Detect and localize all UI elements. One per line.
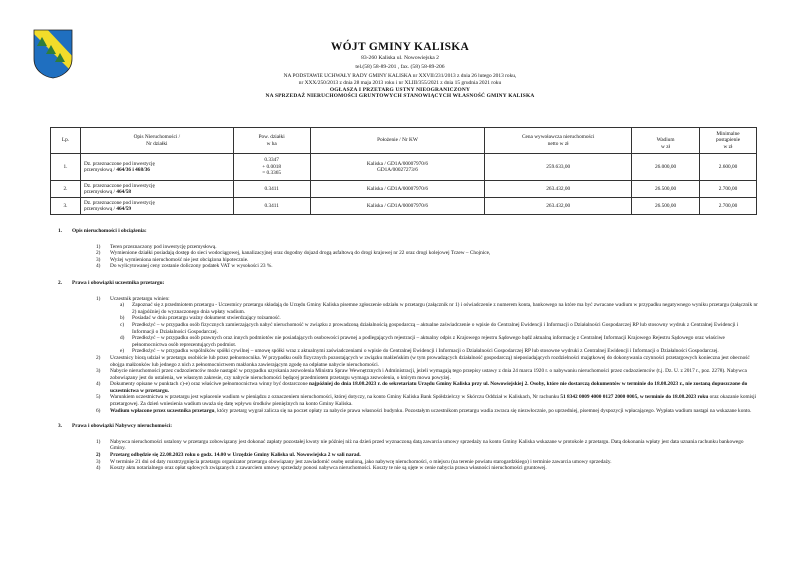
- item-text: Dokumenty opisane w punktach c)-e) oraz …: [110, 381, 309, 387]
- sub-item: d)Przedłożyć – w przypadku osób prawnych…: [120, 335, 758, 348]
- item-text: , który przetarg wygrał zalicza się na p…: [214, 408, 751, 414]
- desc-text: przemysłową /: [84, 189, 116, 195]
- header-text: w zł: [724, 144, 733, 150]
- item-text: Koszty aktu notarialnego oraz opłat sądo…: [110, 465, 547, 471]
- col-header-lp: Lp.: [51, 128, 81, 154]
- cell-lp: 1.: [51, 154, 81, 181]
- sub-item: a)Zapoznać się z przedmiotem przetargu -…: [120, 302, 758, 315]
- list-item: 1)Nabywca nieruchomości ustalony w przet…: [96, 439, 758, 452]
- cell-deposit: 26.500,00: [632, 181, 700, 198]
- header-text: postąpienie: [716, 137, 740, 143]
- item-number: 2): [96, 250, 100, 257]
- cell-description: Dz. przeznaczone pod inwestycjęprzemysło…: [80, 154, 233, 181]
- item-text: Nabycie nieruchomości przez cudzoziemców…: [110, 368, 747, 381]
- col-header-price: Cena wywoławcza nieruchomościnetto w zł: [485, 128, 632, 154]
- cell-location: Kaliska / GD1A/00007970/6: [310, 198, 485, 215]
- col-header-description: Opis Nieruchomości /Nr działki: [80, 128, 233, 154]
- section-number: 1.: [58, 228, 72, 235]
- table-row: 1. Dz. przeznaczone pod inwestycjęprzemy…: [51, 154, 757, 181]
- list-item: 2)Przetarg odbędzie się 22.08.2023 roku …: [96, 452, 758, 459]
- cell-location: Kaliska / GD1A/00007970/6GD1A/00027273/6: [310, 154, 485, 181]
- desc-text: Dz. przeznaczone pod inwestycję: [84, 161, 155, 167]
- cell-price: 263.432,00: [485, 198, 632, 215]
- list-item: 5)Warunkiem uczestnictwa w przetargu jes…: [96, 394, 758, 407]
- item-text: Przedłożyć – w przypadku osób fizycznych…: [132, 322, 738, 335]
- item-letter: a): [120, 302, 124, 309]
- item-text: Do wylicytowanej ceny zostanie doliczony…: [110, 263, 273, 269]
- item-number: 4): [96, 381, 100, 388]
- crest-icon: [33, 29, 73, 79]
- item-number: 4): [96, 465, 100, 472]
- section-title: 1.Opis nieruchomości i obciążenia:: [58, 228, 758, 235]
- property-table: Lp. Opis Nieruchomości /Nr działki Pow. …: [50, 127, 757, 215]
- bank-account-number: 51 8342 0009 4000 0127 2000 0005, w term…: [560, 394, 708, 400]
- issuer-phone: tel.(58) 58-89-201 , fax. (58) 58-89-206: [200, 64, 600, 71]
- list-item: 4)Dokumenty opisane w punktach c)-e) ora…: [96, 381, 758, 394]
- col-header-min-step: Minimalnepostąpieniew zł: [700, 128, 757, 154]
- item-number: 1): [96, 296, 100, 303]
- col-header-deposit: Wadiumw zł: [632, 128, 700, 154]
- cell-area: 0.3347+ 0.0018= 0.3365: [233, 154, 310, 181]
- sub-items: a)Zapoznać się z przedmiotem przetargu -…: [120, 302, 758, 355]
- issuer-address: 83-260 Kaliska ul. Nowowiejska 2: [200, 55, 600, 62]
- item-number: 5): [96, 394, 100, 401]
- table-row: 3. Dz. przeznaczone pod inwestycjęprzemy…: [51, 198, 757, 215]
- section-items: 1)Uczestnik przetargu winien: a)Zapoznać…: [96, 296, 758, 415]
- cell-min-step: 2.700,00: [700, 198, 757, 215]
- section-number: 3.: [58, 423, 72, 430]
- header-text: w ha: [267, 141, 277, 147]
- section-title-text: Prawa i obowiązki Nabywcy nieruchomości:: [72, 423, 172, 429]
- list-item: 2)Uczestnicy biorą udział w przetargu os…: [96, 355, 758, 368]
- area-value: 0.3347: [264, 157, 279, 163]
- cell-price: 259.633,00: [485, 154, 632, 181]
- header-text: Pow. działki: [259, 134, 285, 140]
- area-value: = 0.3365: [262, 170, 281, 176]
- plot-number: 464/59: [116, 206, 131, 212]
- coat-of-arms-logo: [33, 29, 73, 79]
- area-value: + 0.0018: [262, 164, 281, 170]
- header-text: Nr działki: [146, 141, 167, 147]
- item-text-bold: Wadium wpłacone przez uczestnika przetar…: [110, 408, 214, 414]
- item-text: Wymienione działki posiadają dostęp do s…: [110, 250, 490, 256]
- item-number: 2): [96, 452, 100, 459]
- section-title: 3.Prawa i obowiązki Nabywcy nieruchomośc…: [58, 423, 758, 430]
- item-text: W terminie 21 dni od daty rozstrzygnięci…: [110, 459, 612, 465]
- list-item: 4)Koszty aktu notarialnego oraz opłat są…: [96, 465, 758, 472]
- col-header-area: Pow. działkiw ha: [233, 128, 310, 154]
- cell-deposit: 26.500,00: [632, 198, 700, 215]
- issuer-title: WÓJT GMINY KALISKA: [200, 41, 600, 53]
- document-header: WÓJT GMINY KALISKA 83-260 Kaliska ul. No…: [200, 41, 600, 71]
- item-letter: c): [120, 322, 124, 329]
- header-text: w zł: [661, 144, 670, 150]
- auction-date-text: Przetarg odbędzie się 22.08.2023 roku o …: [110, 452, 361, 458]
- desc-text: Dz. przeznaczone pod inwestycję: [84, 183, 155, 189]
- list-item: 6)Wadium wpłacone przez uczestnika przet…: [96, 408, 758, 415]
- section-title-text: Prawa i obowiązki uczestnika przetargu:: [72, 280, 164, 286]
- list-item: 1)Uczestnik przetargu winien: a)Zapoznać…: [96, 296, 758, 355]
- item-text: Uczestnicy biorą udział w przetargu osob…: [110, 355, 750, 368]
- sub-item: e)Przedłożyć – w przypadku wspólników sp…: [120, 348, 758, 355]
- cell-area: 0.3411: [233, 198, 310, 215]
- sub-item: c)Przedłożyć – w przypadku osób fizyczny…: [120, 322, 758, 335]
- cell-lp: 3.: [51, 198, 81, 215]
- cell-min-step: 2.700,00: [700, 181, 757, 198]
- cell-location: Kaliska / GD1A/00007970/6: [310, 181, 485, 198]
- item-text: Warunkiem uczestnictwa w przetargu jest …: [110, 394, 560, 400]
- desc-text: Dz. przeznaczone pod inwestycję: [84, 200, 155, 206]
- sub-item: b)Posiadać w dniu przetargu ważny dokume…: [120, 315, 758, 322]
- section-title: 2.Prawa i obowiązki uczestnika przetargu…: [58, 280, 758, 287]
- item-text: Wyżej wymieniona nieruchomość nie jest o…: [110, 257, 248, 263]
- cell-min-step: 2.600,00: [700, 154, 757, 181]
- item-text: Przedłożyć – w przypadku osób prawnych o…: [132, 335, 725, 348]
- cell-price: 263.432,00: [485, 181, 632, 198]
- item-number: 4): [96, 263, 100, 270]
- item-text: Posiadać w dniu przetargu ważny dokument…: [132, 315, 281, 321]
- list-item: 3)Wyżej wymieniona nieruchomość nie jest…: [96, 257, 758, 264]
- plot-number: 464/58: [116, 189, 131, 195]
- list-item: 3)W terminie 21 dni od daty rozstrzygnię…: [96, 459, 758, 466]
- desc-text: przemysłową /: [84, 206, 116, 212]
- section-number: 2.: [58, 280, 72, 287]
- cell-description: Dz. przeznaczone pod inwestycjęprzemysło…: [80, 181, 233, 198]
- col-header-location: Położenie / Nr KW: [310, 128, 485, 154]
- cell-description: Dz. przeznaczone pod inwestycjęprzemysło…: [80, 198, 233, 215]
- item-number: 1): [96, 439, 100, 446]
- section-property-description: 1.Opis nieruchomości i obciążenia: 1)Ter…: [58, 228, 758, 270]
- table-row: 2. Dz. przeznaczone pod inwestycjęprzemy…: [51, 181, 757, 198]
- item-letter: b): [120, 315, 124, 322]
- cell-area: 0.3411: [233, 181, 310, 198]
- desc-text: przemysłową /: [84, 167, 116, 173]
- location-text: Kaliska / GD1A/00007970/6: [367, 161, 428, 167]
- section-items: 1)Teren przeznaczony pod inwestycję prze…: [96, 244, 758, 270]
- plot-number: 464/36 i 468/36: [116, 167, 150, 173]
- announcement-subtitle: NA SPRZEDAŻ NIERUCHOMOŚCI GRUNTOWYCH STA…: [160, 93, 640, 100]
- item-text: Uczestnik przetargu winien:: [110, 296, 170, 302]
- item-letter: d): [120, 335, 124, 342]
- cell-deposit: 26.000,00: [632, 154, 700, 181]
- item-text: Nabywca nieruchomości ustalony w przetar…: [110, 439, 744, 452]
- header-text: Wadium: [657, 137, 675, 143]
- resolution-line-1: NA PODSTAWIE UCHWAŁY RADY GMINY KALISKA …: [160, 73, 640, 80]
- item-number: 2): [96, 355, 100, 362]
- item-letter: e): [120, 348, 124, 355]
- item-text: Zapoznać się z przedmiotem przetargu - U…: [132, 302, 758, 315]
- section-buyer-duties: 3.Prawa i obowiązki Nabywcy nieruchomośc…: [58, 423, 758, 472]
- location-text: GD1A/00027273/6: [377, 167, 418, 173]
- section-items: 1)Nabywca nieruchomości ustalony w przet…: [96, 439, 758, 472]
- header-text: Opis Nieruchomości /: [134, 134, 181, 140]
- section-title-text: Opis nieruchomości i obciążenia:: [72, 228, 147, 234]
- cell-lp: 2.: [51, 181, 81, 198]
- resolution-block: NA PODSTAWIE UCHWAŁY RADY GMINY KALISKA …: [160, 73, 640, 100]
- section-participant-duties: 2.Prawa i obowiązki uczestnika przetargu…: [58, 280, 758, 414]
- resolution-line-2: nr XXX/250/2013 z dnia 28 maja 2013 roku…: [160, 80, 640, 87]
- header-text: netto w zł: [548, 141, 569, 147]
- list-item: 3)Nabycie nieruchomości przez cudzoziemc…: [96, 368, 758, 381]
- announcement-body: 1.Opis nieruchomości i obciążenia: 1)Ter…: [58, 228, 758, 472]
- item-number: 3): [96, 368, 100, 375]
- item-text: Teren przeznaczony pod inwestycję przemy…: [110, 244, 217, 250]
- list-item: 2)Wymienione działki posiadają dostęp do…: [96, 250, 758, 257]
- header-text: Minimalne: [716, 131, 739, 137]
- list-item: 4)Do wylicytowanej ceny zostanie doliczo…: [96, 263, 758, 270]
- header-text: Cena wywoławcza nieruchomości: [522, 134, 594, 140]
- item-text: Przedłożyć – w przypadku wspólników spół…: [132, 348, 719, 354]
- item-number: 6): [96, 408, 100, 415]
- table-header-row: Lp. Opis Nieruchomości /Nr działki Pow. …: [51, 128, 757, 154]
